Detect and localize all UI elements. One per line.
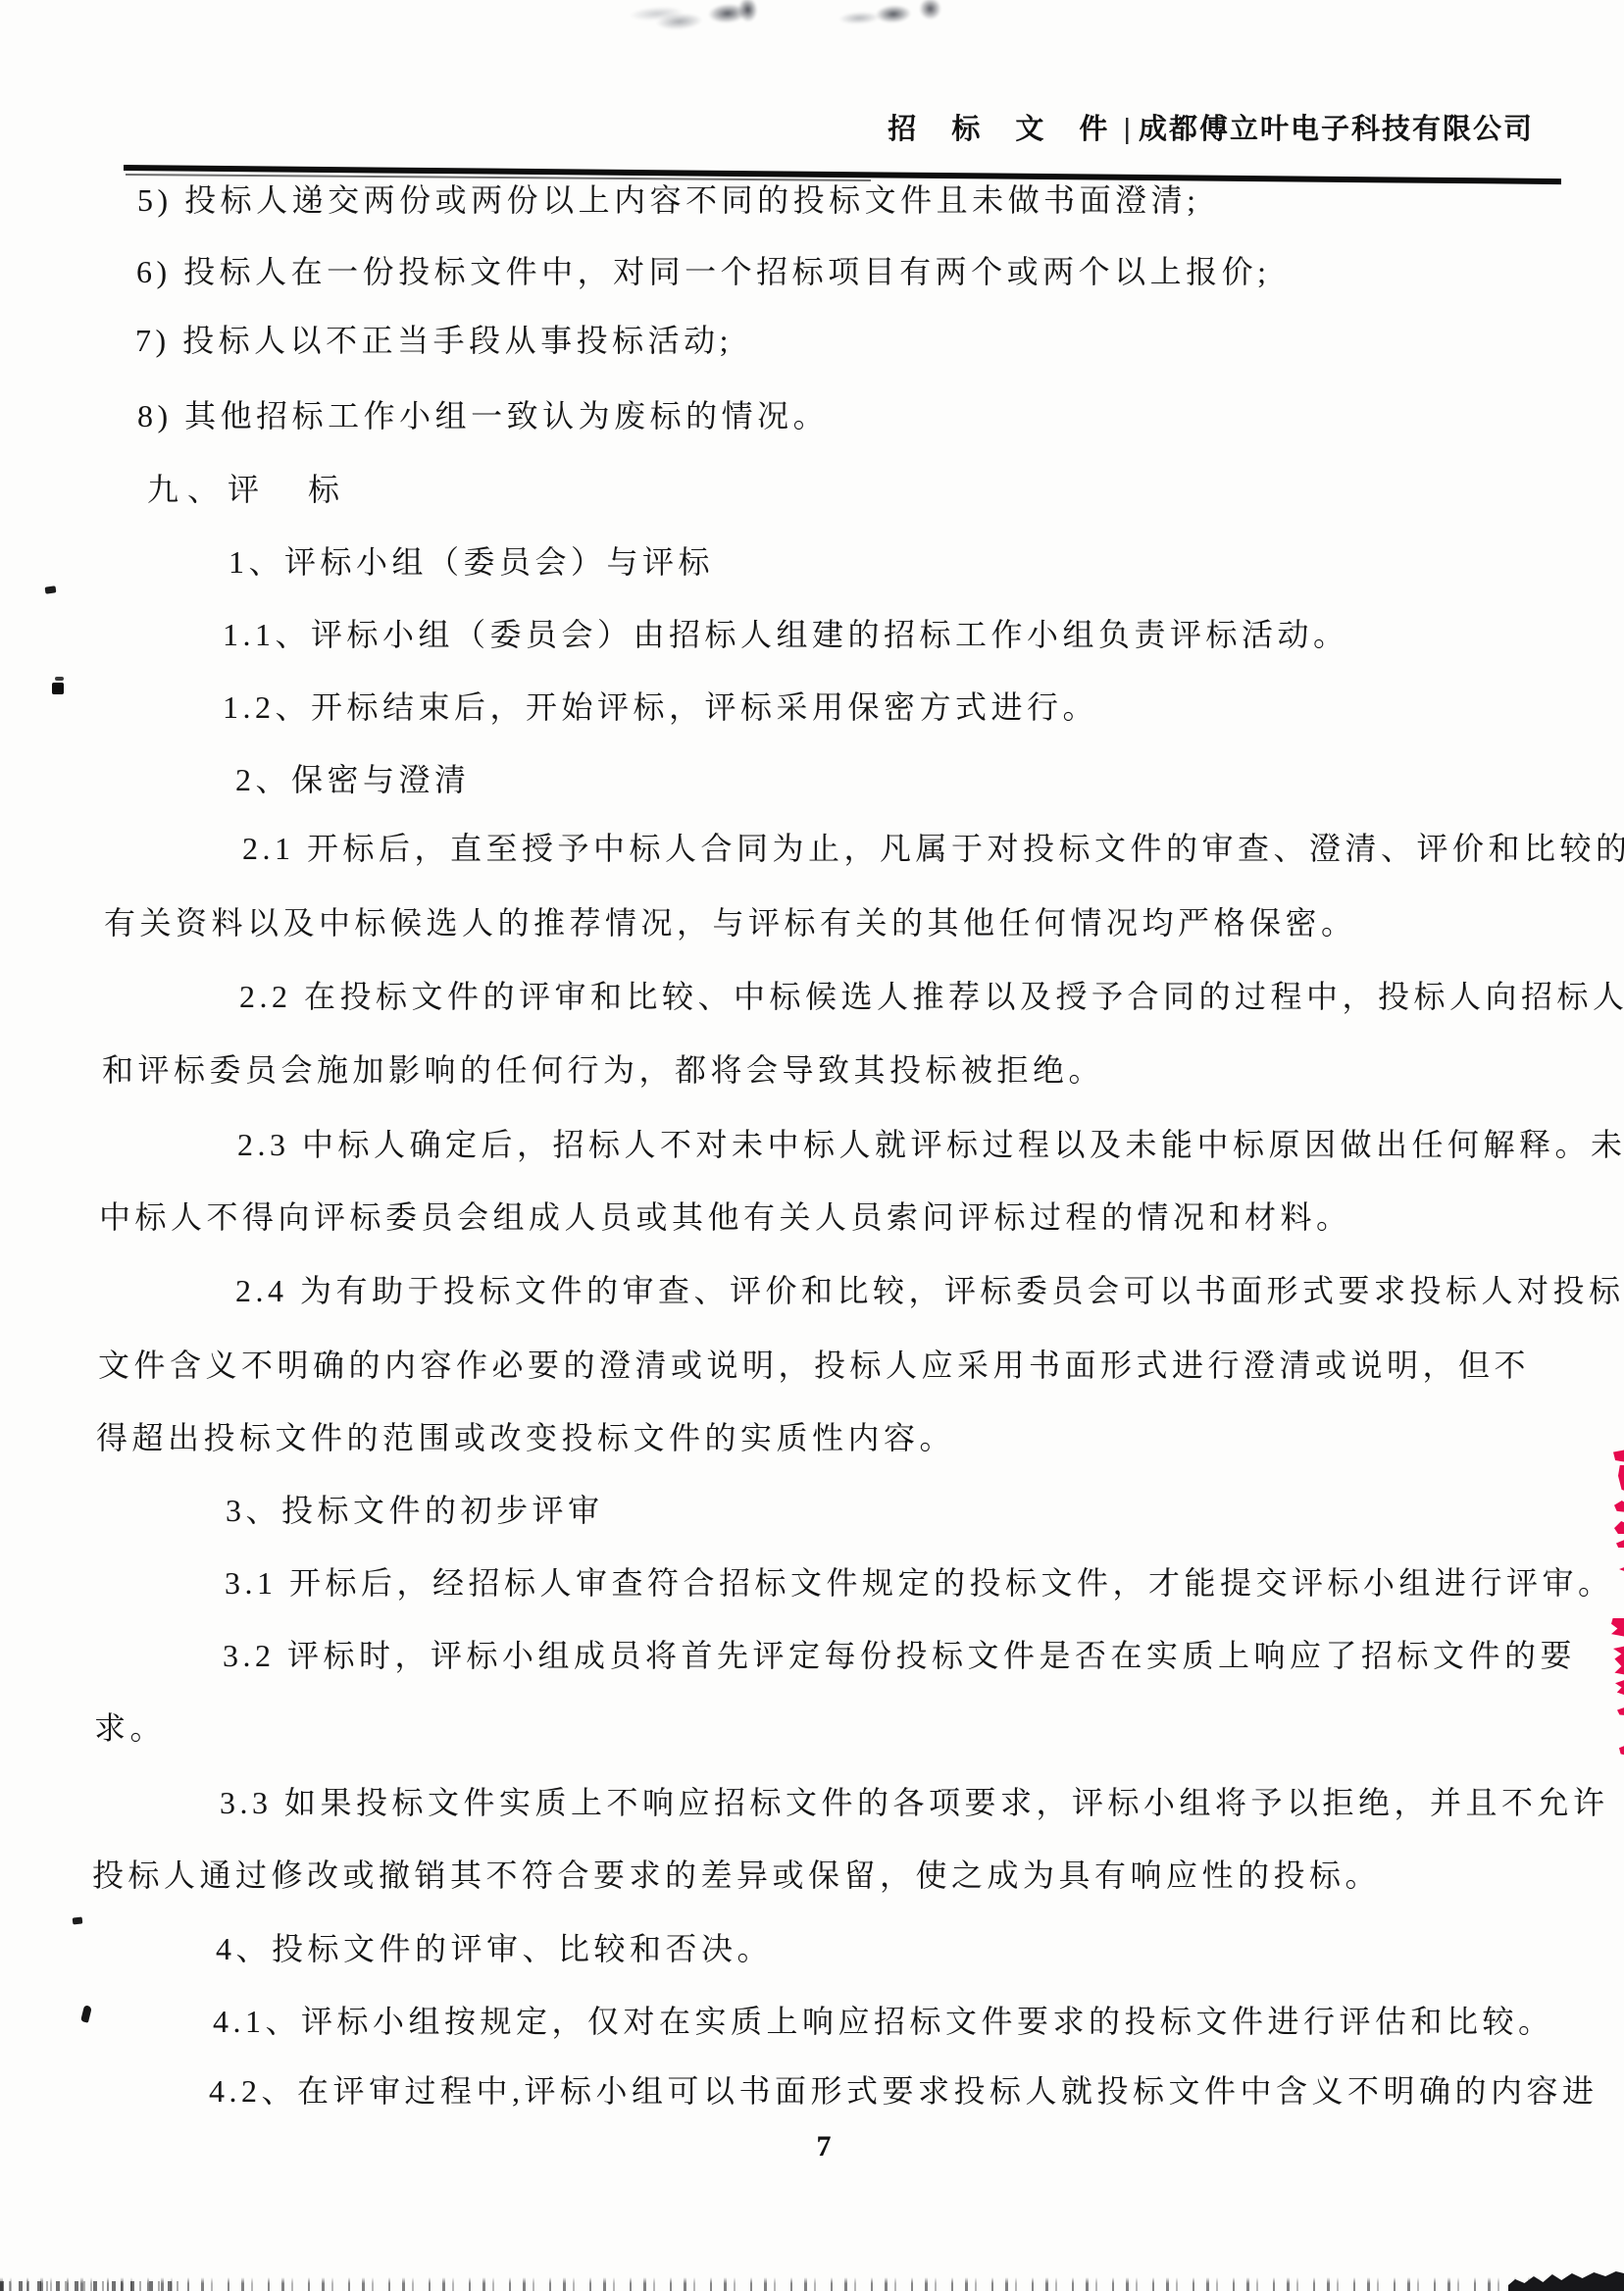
margin-speck <box>45 585 57 593</box>
margin-speck <box>73 1916 83 1924</box>
page-number: 7 <box>802 2130 845 2164</box>
clause-2-2-line1: 2.2 在投标文件的评审和比较、中标候选人推荐以及授予合同的过程中，投标人向招标… <box>239 976 1624 1017</box>
red-stamp-fragment <box>1616 1539 1624 1548</box>
margin-speck <box>80 2005 92 2022</box>
bottom-scan-noise <box>0 2277 1624 2291</box>
clause-4-1: 4.1、评标小组按规定，仅对在实质上响应招标文件要求的投标文件进行评估和比较。 <box>213 2001 1554 2042</box>
scan-smudge-left <box>627 0 777 46</box>
clause-3-2-line2: 求。 <box>94 1707 166 1749</box>
red-stamp-fragment <box>1614 1501 1624 1512</box>
scanned-document-page: 招 标 文 件|成都傅立叶电子科技有限公司 5) 投标人递交两份或两份以上内容不… <box>0 0 1624 2291</box>
clause-2-2-line2: 和评标委员会施加影响的任何行为，都将会导致其投标被拒绝。 <box>102 1049 1104 1091</box>
list-item-6: 6) 投标人在一份投标文件中，对同一个招标项目有两个或两个以上报价; <box>136 251 1271 292</box>
red-stamp-fragment <box>1613 1646 1624 1675</box>
red-stamp-fragment <box>1614 1521 1624 1534</box>
scan-smudge-right <box>831 0 970 39</box>
clause-3-2-line1: 3.2 评标时，评标小组成员将首先评定每份投标文件是否在实质上响应了招标文件的要 <box>223 1635 1576 1676</box>
clause-3-1: 3.1 开标后，经招标人审查符合招标文件规定的投标文件，才能提交评标小组进行评审… <box>225 1562 1614 1604</box>
red-stamp-fragment <box>1619 1745 1624 1756</box>
clause-2-1-line2: 有关资料以及中标候选人的推荐情况，与评标有关的其他任何情况均严格保密。 <box>104 902 1357 943</box>
clause-2-4-line1: 2.4 为有助于投标文件的审查、评价和比较，评标委员会可以书面形式要求投标人对投… <box>235 1270 1624 1311</box>
company-name: 成都傅立叶电子科技有限公司 <box>1139 114 1534 145</box>
clause-2: 2、保密与澄清 <box>235 759 471 800</box>
clause-2-4-line2: 文件含义不明确的内容作必要的澄清或说明，投标人应采用书面形式进行澄清或说明，但不 <box>98 1345 1530 1386</box>
list-item-8: 8) 其他招标工作小组一致认为废标的情况。 <box>137 395 829 436</box>
red-stamp-fragment <box>1619 1566 1624 1572</box>
clause-1: 1、评标小组（委员会）与评标 <box>228 541 714 583</box>
section-9-heading: 九、评 标 <box>147 469 348 510</box>
doc-type-label: 招 标 文 件 <box>888 114 1121 145</box>
clause-4-2: 4.2、在评审过程中,评标小组可以书面形式要求投标人就投标文件中含义不明确的内容… <box>209 2070 1599 2112</box>
red-stamp-fragment <box>1613 1450 1624 1462</box>
clause-2-4-line3: 得超出投标文件的范围或改变投标文件的实质性内容。 <box>96 1417 955 1458</box>
page-header: 招 标 文 件|成都傅立叶电子科技有限公司 <box>888 110 1534 149</box>
header-separator: | <box>1123 114 1131 145</box>
list-item-5: 5) 投标人递交两份或两份以上内容不同的投标文件且未做书面澄清; <box>137 179 1200 221</box>
clause-2-1-line1: 2.1 开标后，直至授予中标人合同为止，凡属于对投标文件的审查、澄清、评价和比较… <box>242 828 1624 869</box>
red-stamp-fragment <box>1615 1679 1624 1696</box>
red-stamp-fragment <box>1611 1618 1624 1637</box>
clause-3-3-line2: 投标人通过修改或撤销其不符合要求的差异或保留，使之成为具有响应性的投标。 <box>92 1855 1381 1896</box>
margin-speck <box>52 683 64 694</box>
clause-4: 4、投标文件的评审、比较和否决。 <box>216 1928 773 1969</box>
list-item-7: 7) 投标人以不正当手段从事投标活动; <box>135 320 733 361</box>
bottom-scan-noise-left <box>0 2281 186 2291</box>
margin-speck <box>55 677 64 681</box>
red-stamp-fragment <box>1618 1465 1624 1492</box>
clause-1-2: 1.2、开标结束后，开始评标，评标采用保密方式进行。 <box>223 687 1098 728</box>
clause-3: 3、投标文件的初步评审 <box>226 1490 604 1531</box>
clause-2-3-line2: 中标人不得向评标委员会组成人员或其他有关人员索问评标过程的情况和材料。 <box>99 1196 1352 1238</box>
clause-1-1: 1.1、评标小组（委员会）由招标人组建的招标工作小组负责评标活动。 <box>223 614 1349 655</box>
clause-2-3-line1: 2.3 中标人确定后，招标人不对未中标人就评标过程以及未能中标原因做出任何解释。… <box>237 1124 1624 1165</box>
red-stamp-fragment <box>1617 1706 1624 1715</box>
clause-3-3-line1: 3.3 如果投标文件实质上不响应招标文件的各项要求，评标小组将予以拒绝，并且不允… <box>220 1782 1609 1823</box>
